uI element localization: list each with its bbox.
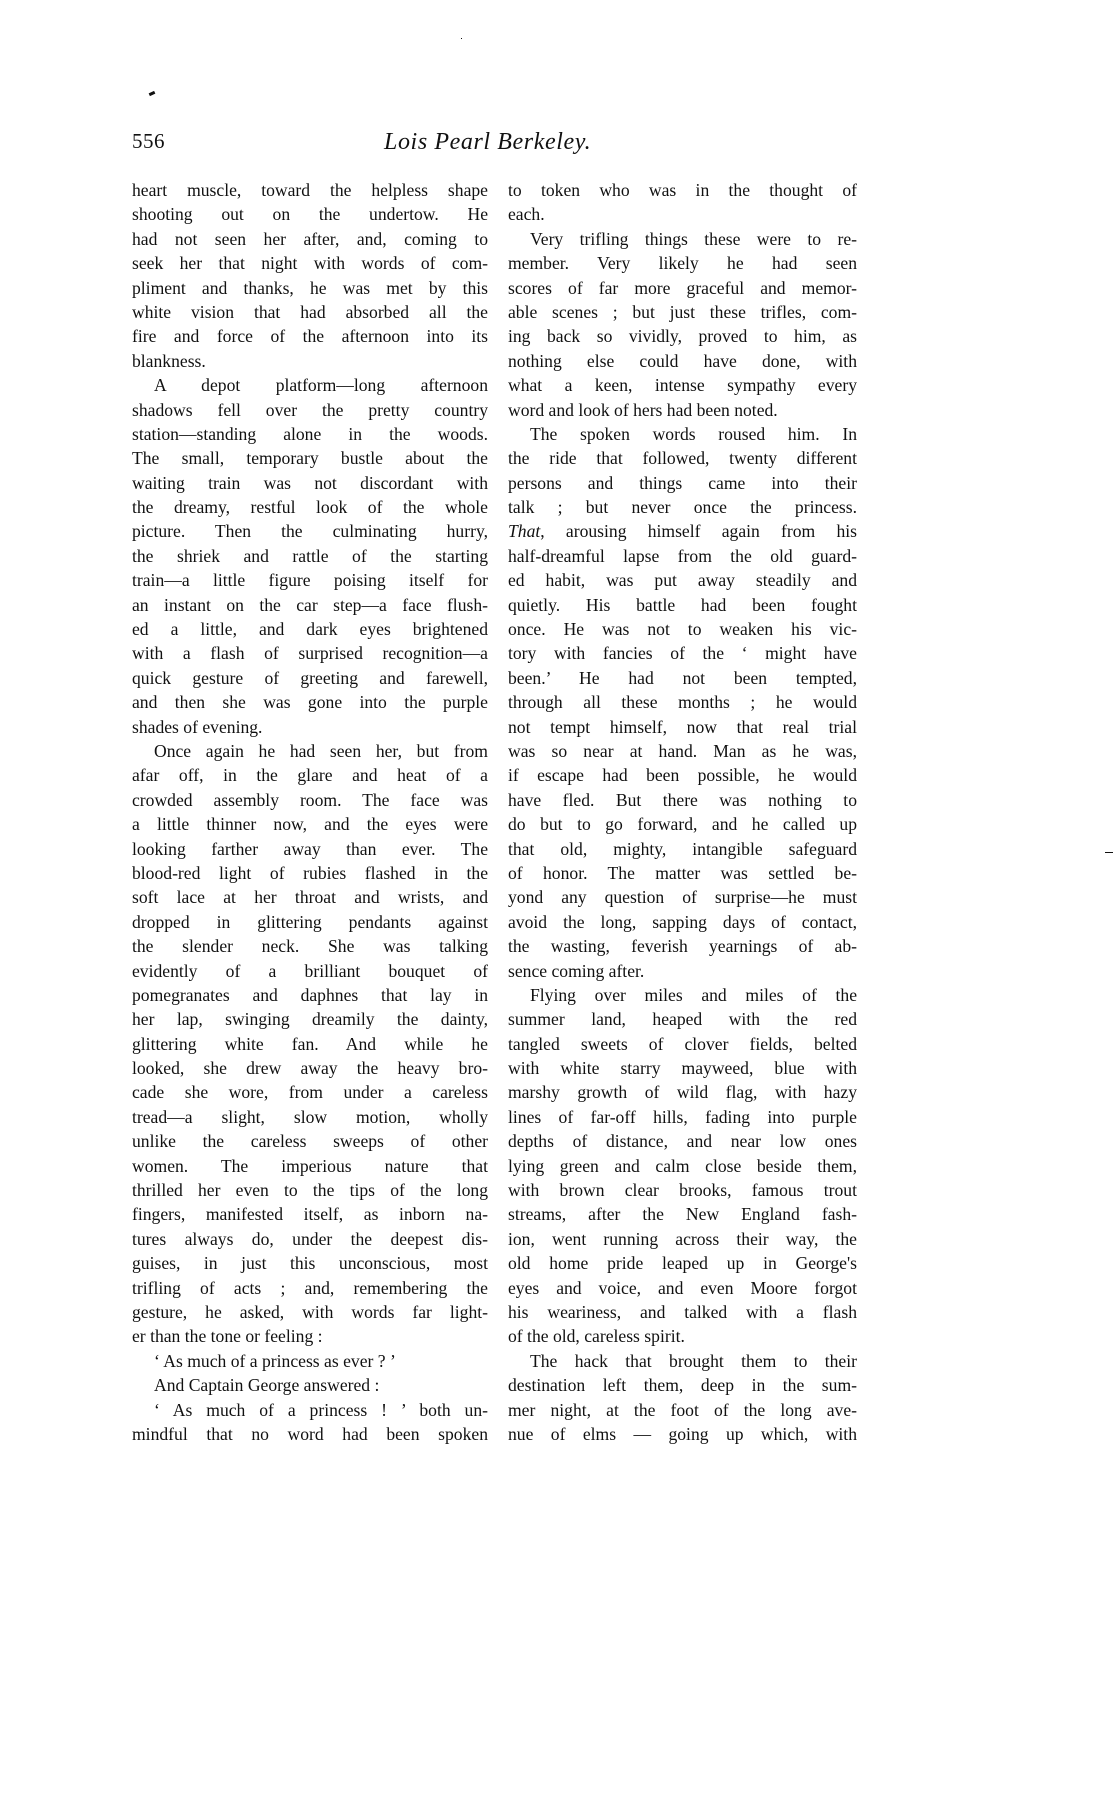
text-line: ‘ As much of a princess ! ’ both un-: [132, 1398, 488, 1422]
text-line: through all these months ; he would: [508, 690, 857, 714]
text-line: destination left them, deep in the sum-: [508, 1373, 857, 1397]
text-line: tread—a slight, slow motion, wholly: [132, 1105, 488, 1129]
text-line: tangled sweets of clover fields, belted: [508, 1032, 857, 1056]
text-line: pliment and thanks, he was met by this: [132, 276, 488, 300]
scan-speck: [461, 38, 462, 39]
text-line: persons and things came into their: [508, 471, 857, 495]
text-line: and then she was gone into the purple: [132, 690, 488, 714]
text-line: tures always do, under the deepest dis-: [132, 1227, 488, 1251]
text-line: afar off, in the glare and heat of a: [132, 763, 488, 787]
text-line: women. The imperious nature that: [132, 1154, 488, 1178]
text-line: of honor. The matter was settled be-: [508, 861, 857, 885]
text-line: eyes and voice, and even Moore forgot: [508, 1276, 857, 1300]
text-line: trifling of acts ; and, remembering the: [132, 1276, 488, 1300]
text-line: guises, in just this unconscious, most: [132, 1251, 488, 1275]
text-line: waiting train was not discordant with: [132, 471, 488, 495]
italic-word: That: [508, 521, 540, 541]
text-line: crowded assembly room. The face was: [132, 788, 488, 812]
text-line: fire and force of the afternoon into its: [132, 324, 488, 348]
text-line: the ride that followed, twenty different: [508, 446, 857, 470]
text-line: ion, went running across their way, the: [508, 1227, 857, 1251]
text-line: sence coming after.: [508, 959, 857, 983]
text-line: ed habit, was put away steadily and: [508, 568, 857, 592]
text-line: dropped in glittering pendants against: [132, 910, 488, 934]
text-line: Once again he had seen her, but from: [132, 739, 488, 763]
text-line: er than the tone or feeling :: [132, 1324, 488, 1348]
text-line: half-dreamful lapse from the old guard-: [508, 544, 857, 568]
text-line: looked, she drew away the heavy bro-: [132, 1056, 488, 1080]
text-line: nothing else could have done, with: [508, 349, 857, 373]
text-line: evidently of a brilliant bouquet of: [132, 959, 488, 983]
text-line: lying green and calm close beside them,: [508, 1154, 857, 1178]
text-line: the slender neck. She was talking: [132, 934, 488, 958]
text-line: ed a little, and dark eyes brightened: [132, 617, 488, 641]
page-number: 556: [132, 129, 165, 154]
text-line: unlike the careless sweeps of other: [132, 1129, 488, 1153]
text-line: what a keen, intense sympathy every: [508, 373, 857, 397]
text-line: seek her that night with words of com-: [132, 251, 488, 275]
left-text-column: heart muscle, toward the helpless shapes…: [132, 178, 488, 1446]
text-line: have fled. But there was nothing to: [508, 788, 857, 812]
text-line: not tempt himself, now that real trial: [508, 715, 857, 739]
text-line: an instant on the car step—a face flush-: [132, 593, 488, 617]
text-line: blankness.: [132, 349, 488, 373]
page-header: 556 Lois Pearl Berkeley.: [132, 129, 860, 163]
text-line: avoid the long, sapping days of contact,: [508, 910, 857, 934]
text-line: the dreamy, restful look of the whole: [132, 495, 488, 519]
text-line: shooting out on the undertow. He: [132, 202, 488, 226]
text-line: ing back so vividly, proved to him, as: [508, 324, 857, 348]
text-line: Very trifling things these were to re-: [508, 227, 857, 251]
text-line: yond any question of surprise—he must: [508, 885, 857, 909]
text-line: The small, temporary bustle about the: [132, 446, 488, 470]
text-line: tory with fancies of the ‘ might have: [508, 641, 857, 665]
text-line: soft lace at her throat and wrists, and: [132, 885, 488, 909]
running-title: Lois Pearl Berkeley.: [384, 129, 591, 156]
text-line: talk ; but never once the princess.: [508, 495, 857, 519]
text-line: Flying over miles and miles of the: [508, 983, 857, 1007]
text-line: mindful that no word had been spoken: [132, 1422, 488, 1446]
text-line: with white starry mayweed, blue with: [508, 1056, 857, 1080]
text-line: depths of distance, and near low ones: [508, 1129, 857, 1153]
text-line: mer night, at the foot of the long ave-: [508, 1398, 857, 1422]
text-line: if escape had been possible, he would: [508, 763, 857, 787]
text-line: lines of far-off hills, fading into purp…: [508, 1105, 857, 1129]
text-line: the wasting, feverish yearnings of ab-: [508, 934, 857, 958]
text-line: to token who was in the thought of: [508, 178, 857, 202]
text-line: scores of far more graceful and memor-: [508, 276, 857, 300]
text-line: his weariness, and talked with a flash: [508, 1300, 857, 1324]
text-line: train—a little figure poising itself for: [132, 568, 488, 592]
text-line: blood-red light of rubies flashed in the: [132, 861, 488, 885]
text-line: heart muscle, toward the helpless shape: [132, 178, 488, 202]
text-line: shades of evening.: [132, 715, 488, 739]
text-line: pomegranates and daphnes that lay in: [132, 983, 488, 1007]
text-line: a little thinner now, and the eyes were: [132, 812, 488, 836]
text-line: station—standing alone in the woods.: [132, 422, 488, 446]
text-line: thrilled her even to the tips of the lon…: [132, 1178, 488, 1202]
text-line: summer land, heaped with the red: [508, 1007, 857, 1031]
right-text-column: to token who was in the thought ofeach.V…: [508, 178, 857, 1446]
text-line: was so near at hand. Man as he was,: [508, 739, 857, 763]
text-line: able scenes ; but just these trifles, co…: [508, 300, 857, 324]
text-line: looking farther away than ever. The: [132, 837, 488, 861]
text-line: each.: [508, 202, 857, 226]
text-line: The hack that brought them to their: [508, 1349, 857, 1373]
text-line: been.’ He had not been tempted,: [508, 666, 857, 690]
text-line: once. He was not to weaken his vic-: [508, 617, 857, 641]
book-page: 556 Lois Pearl Berkeley. heart muscle, t…: [0, 0, 1120, 1800]
text-line: had not seen her after, and, coming to: [132, 227, 488, 251]
text-line: her lap, swinging dreamily the dainty,: [132, 1007, 488, 1031]
text-line: A depot platform—long afternoon: [132, 373, 488, 397]
text-line: glittering white fan. And while he: [132, 1032, 488, 1056]
scan-speck: [149, 91, 156, 96]
text-line: do but to go forward, and he called up: [508, 812, 857, 836]
text-line: member. Very likely he had seen: [508, 251, 857, 275]
text-line: marshy growth of wild flag, with hazy: [508, 1080, 857, 1104]
text-line: nue of elms — going up which, with: [508, 1422, 857, 1446]
text-line: gesture, he asked, with words far light-: [132, 1300, 488, 1324]
text-line: shadows fell over the pretty country: [132, 398, 488, 422]
text-line: That, arousing himself again from his: [508, 519, 857, 543]
text-line: The spoken words roused him. In: [508, 422, 857, 446]
text-line: word and look of hers had been noted.: [508, 398, 857, 422]
text-line: the shriek and rattle of the starting: [132, 544, 488, 568]
text-line: fingers, manifested itself, as inborn na…: [132, 1202, 488, 1226]
text-line: picture. Then the culminating hurry,: [132, 519, 488, 543]
text-line: old home pride leaped up in George's: [508, 1251, 857, 1275]
text-line: that old, mighty, intangible safeguard: [508, 837, 857, 861]
text-line: streams, after the New England fash-: [508, 1202, 857, 1226]
text-line: of the old, careless spirit.: [508, 1324, 857, 1348]
text-line: ‘ As much of a princess as ever ? ’: [132, 1349, 488, 1373]
text-line: quietly. His battle had been fought: [508, 593, 857, 617]
text-line: quick gesture of greeting and farewell,: [132, 666, 488, 690]
text-line: with a flash of surprised recognition—a: [132, 641, 488, 665]
scan-speck: [1105, 852, 1113, 853]
text-line: white vision that had absorbed all the: [132, 300, 488, 324]
text-line: with brown clear brooks, famous trout: [508, 1178, 857, 1202]
text-line: cade she wore, from under a careless: [132, 1080, 488, 1104]
text-line: And Captain George answered :: [132, 1373, 488, 1397]
